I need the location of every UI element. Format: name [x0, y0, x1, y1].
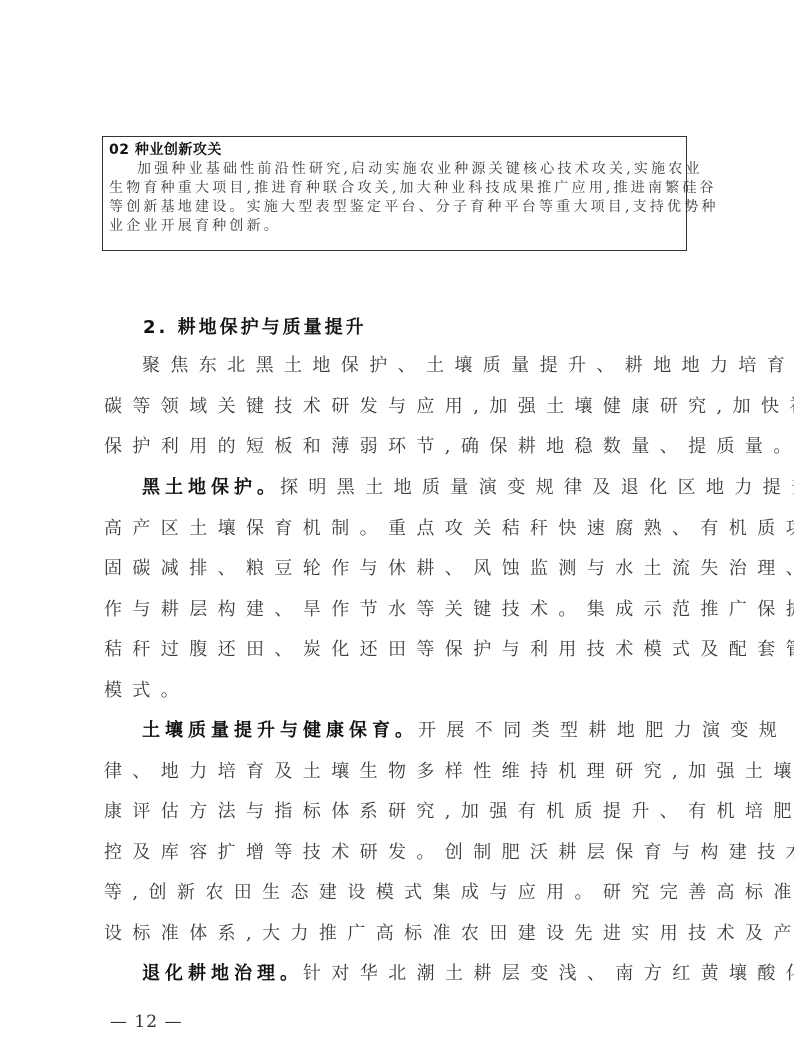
callout-line: 生物育种重大项目,推进育种联合攻关,加大种业科技成果推广应用,推进南繁硅谷: [109, 179, 680, 198]
degraded-land-paragraph: 退化耕地治理。针对华北潮土耕层变浅、南方红黄壤酸化、西: [104, 954, 694, 995]
paragraph-line: 碳等领域关键技术研发与应用,加强土壤健康研究,加快补强耕地: [104, 387, 694, 428]
paragraph-line: 律、地力培育及土壤生物多样性维持机理研究,加强土壤质量与健: [104, 752, 694, 793]
paragraph-line: 土壤质量提升与健康保育。开展不同类型耕地肥力演变规: [104, 711, 694, 752]
paragraph-line: 作与耕层构建、旱作节水等关键技术。集成示范推广保护性耕作、: [104, 590, 694, 631]
paragraph-line: 黑土地保护。探明黑土地质量演变规律及退化区地力提升与: [104, 468, 694, 509]
paragraph-lead: 退化耕地治理。: [142, 963, 303, 984]
paragraph-text: 探明黑土地质量演变规律及退化区地力提升与: [280, 477, 794, 498]
paragraph-line: 保护利用的短板和薄弱环节,确保耕地稳数量、提质量。: [104, 427, 694, 468]
black-soil-paragraph: 黑土地保护。探明黑土地质量演变规律及退化区地力提升与 高产区土壤保育机制。重点攻…: [104, 468, 694, 711]
soil-quality-paragraph: 土壤质量提升与健康保育。开展不同类型耕地肥力演变规 律、地力培育及土壤生物多样性…: [104, 711, 694, 954]
page-number: — 12 —: [110, 1012, 182, 1032]
paragraph-line: 聚焦东北黑土地保护、土壤质量提升、耕地地力培育、农田固: [104, 346, 694, 387]
callout-line: 加强种业基础性前沿性研究,启动实施农业种源关键核心技术攻关,实施农业: [109, 160, 680, 179]
callout-line: 业企业开展育种创新。: [109, 217, 680, 236]
paragraph-line: 设标准体系,大力推广高标准农田建设先进实用技术及产品。: [104, 914, 694, 955]
paragraph-line: 控及库容扩增等技术研发。创制肥沃耕层保育与构建技术及产品: [104, 833, 694, 874]
paragraph-lead: 土壤质量提升与健康保育。: [142, 720, 418, 741]
paragraph-text: 针对华北潮土耕层变浅、南方红黄壤酸化、西: [303, 963, 794, 984]
paragraph-line: 固碳减排、粮豆轮作与休耕、风蚀监测与水土流失治理、保护性耕: [104, 549, 694, 590]
paragraph-line: 退化耕地治理。针对华北潮土耕层变浅、南方红黄壤酸化、西: [104, 954, 694, 995]
callout-box-seed-industry: 02 种业创新攻关 加强种业基础性前沿性研究,启动实施农业种源关键核心技术攻关,…: [102, 136, 687, 251]
paragraph-line: 等,创新农田生态建设模式集成与应用。研究完善高标准农田建: [104, 873, 694, 914]
paragraph-lead: 黑土地保护。: [142, 477, 280, 498]
paragraph-line: 高产区土壤保育机制。重点攻关秸秆快速腐熟、有机质功能提升、: [104, 509, 694, 550]
paragraph-line: 康评估方法与指标体系研究,加强有机质提升、有机培肥、退化防: [104, 792, 694, 833]
paragraph-text: 开展不同类型耕地肥力演变规: [418, 720, 787, 741]
paragraph-line: 秸秆过腹还田、炭化还田等保护与利用技术模式及配套管理技术: [104, 630, 694, 671]
intro-paragraph: 聚焦东北黑土地保护、土壤质量提升、耕地地力培育、农田固 碳等领域关键技术研发与应…: [104, 346, 694, 468]
callout-line: 等创新基地建设。实施大型表型鉴定平台、分子育种平台等重大项目,支持优势种: [109, 198, 680, 217]
callout-title: 02 种业创新攻关: [109, 141, 680, 160]
section-heading: 2. 耕地保护与质量提升: [143, 313, 367, 339]
paragraph-line: 模式。: [104, 671, 694, 712]
